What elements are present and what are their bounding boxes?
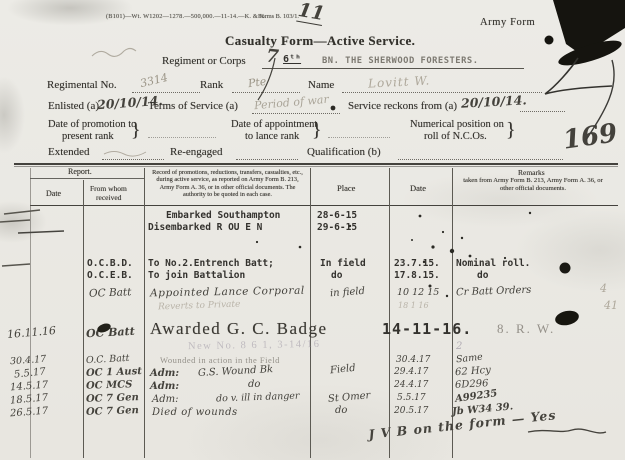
table-row-from: OC Batt <box>89 286 132 299</box>
table-row-record: To No.2.Entrench Batt; <box>148 258 274 269</box>
table-line-place-date <box>389 168 390 458</box>
table-row-date: 20.5.17 <box>394 406 428 416</box>
ink-blot <box>560 263 571 274</box>
table-row-record: Embarked Southampton <box>166 210 280 221</box>
qualification-blank <box>398 158 563 160</box>
table-row-place: Field <box>329 363 356 377</box>
pen-stroke <box>545 58 612 94</box>
table-row-report-date: 26.5.17 <box>10 406 49 420</box>
reckons-label: Service reckons from (a) <box>348 100 457 112</box>
numerical-label-line1: Numerical position on <box>410 119 504 130</box>
table-row-record: Wounded in action in the Field <box>160 355 280 365</box>
name-label: Name <box>308 79 334 91</box>
table-row-date: 30.4.17 <box>396 355 430 365</box>
table-row-record: Adm: <box>150 368 179 379</box>
table-row-record: Disembarked R OU E N <box>148 222 262 233</box>
table-row-date: 5.5.17 <box>397 393 426 403</box>
table-row-date: 24.4.17 <box>394 380 428 390</box>
margin-dash <box>0 210 40 266</box>
regimental-no-blank <box>132 91 200 93</box>
pencil-scribble <box>104 152 146 157</box>
table-row-date: 29.4.17 <box>394 367 428 377</box>
army-form-label: Army Form <box>480 17 535 28</box>
printer-imprint: (B101)—Wt. W1202—1278.—500,000.—11-14.—K… <box>106 13 266 20</box>
reckons-value: 20/10/14. <box>461 92 527 110</box>
table-row-place: St Omer <box>328 390 371 405</box>
appointment-brace: } <box>312 119 322 142</box>
table-header-rule <box>30 205 618 206</box>
name-value: Lovitt W. <box>368 73 431 90</box>
ink-blot <box>553 0 625 56</box>
ink-blot <box>556 36 624 71</box>
table-row-date: 17.8.15. <box>394 270 440 281</box>
table-row-record2: G.S. Wound Bk <box>198 364 274 379</box>
form-title: Casualty Form—Active Service. <box>225 33 415 49</box>
regimental-no-label: Regimental No. <box>47 79 117 91</box>
margin-note: 41 <box>604 299 618 312</box>
promotion-label-line2: present rank <box>62 131 114 142</box>
table-line-from-record <box>144 168 145 458</box>
promotion-blank <box>148 136 216 138</box>
table-row-record: Adm: <box>150 381 179 392</box>
section-rule-thick <box>14 163 618 165</box>
table-row-report-date: 14.5.17 <box>10 380 49 394</box>
ink-blot <box>545 36 554 45</box>
section-rule-thin <box>14 166 618 167</box>
margin-note: 4 <box>600 282 607 295</box>
table-row-record: Awarded G. C. Badge <box>150 319 328 339</box>
table-row-place: do <box>331 270 342 281</box>
handwritten-battalion-number: 7 <box>265 45 280 67</box>
margin-dash <box>18 231 64 233</box>
table-row-remarks: 62 Hcy <box>455 365 492 378</box>
table-row-record: Adm: <box>152 394 178 405</box>
reengaged-blank <box>236 158 298 160</box>
table-row-record: Died of wounds <box>152 407 238 418</box>
extended-blank <box>102 158 164 160</box>
date-column-header: Date <box>46 189 61 198</box>
pencil-scribble <box>92 49 136 57</box>
table-row-place-date: 29-6-15 <box>317 222 357 233</box>
regimental-no-value: 3314 <box>139 71 169 90</box>
forms-reference: Forms B. 103/1. <box>258 13 299 20</box>
table-row-from: OC Batt <box>86 325 135 341</box>
table-row-remarks: Same <box>455 352 483 366</box>
numerical-label-line2: roll of N.C.Os. <box>424 131 487 142</box>
table-row-place: do <box>335 405 347 416</box>
table-row-record: Reverts to Private <box>158 300 241 313</box>
table-row-remarks: Cr Batt Orders <box>456 285 532 299</box>
date2-column-header: Date <box>410 183 426 193</box>
promotion-brace: } <box>131 119 141 142</box>
table-row-date: 10 12 15 <box>397 287 439 298</box>
table-row-remarks: 2 <box>456 341 462 352</box>
table-row-record: Appointed Lance Corporal <box>150 285 305 300</box>
promotion-label-line1: Date of promotion to <box>48 119 136 130</box>
regiment-blank-line <box>262 67 524 69</box>
table-row-remarks: do <box>477 270 488 281</box>
remarks-column-header-title: Remarks <box>518 168 545 177</box>
table-row-from: O.C. Batt <box>86 353 130 366</box>
table-row-remarks: Nominal roll. <box>456 258 530 269</box>
table-row-report-date: 30.4.17 <box>10 354 47 368</box>
reengaged-label: Re-engaged <box>170 146 223 158</box>
appointment-blank <box>328 136 390 138</box>
from-column-header-line1: From whom <box>90 184 127 193</box>
regiment-label: Regiment or Corps <box>162 55 246 67</box>
reckons-blank <box>520 110 565 112</box>
appointment-label-line1: Date of appointment <box>231 119 317 130</box>
table-row-from: OC MCS <box>86 379 133 392</box>
handwritten-page-number: 11 <box>296 0 326 26</box>
numerical-value: 169 <box>561 118 619 155</box>
extended-label: Extended <box>48 146 90 158</box>
appointment-label-line2: to lance rank <box>245 131 299 142</box>
table-row-record: To join Battalion <box>148 270 245 281</box>
place-column-header: Place <box>337 183 355 193</box>
rank-value: Pte <box>247 75 267 90</box>
from-column-header-line2: received <box>96 193 121 202</box>
terms-label: Terms of Service (a) <box>148 100 238 112</box>
report-subrule <box>30 178 145 179</box>
rank-label: Rank <box>200 79 223 91</box>
table-row-report-date: 5.5.17 <box>14 366 47 380</box>
rank-blank <box>232 91 300 93</box>
typed-battalion: 6ᵗʰ <box>283 54 301 65</box>
table-row-report-date: 18.5.17 <box>10 392 49 406</box>
table-row-from: O.C.B.D. <box>87 258 133 269</box>
terms-blank <box>252 112 340 114</box>
table-row-date: 18 1 16 <box>398 301 429 310</box>
table-row-report-date: 16.11.16 <box>7 324 57 341</box>
report-column-header: Report. <box>68 167 92 176</box>
ink-blot <box>554 309 580 328</box>
table-line-record-place <box>310 168 311 458</box>
table-row-date: 14-11-16. <box>382 320 472 338</box>
remarks-column-header-text: taken from Army Form B. 213, Army Form A… <box>457 177 609 192</box>
table-row-stamp: 8. R. W. <box>497 321 555 337</box>
table-row-from: OC 7 Gen <box>86 405 139 418</box>
numerical-brace: } <box>506 119 516 142</box>
table-row-place: in field <box>330 286 366 299</box>
table-row-from: OC 1 Aust <box>86 366 142 379</box>
table-row-stamp: New No. 8 6 1, 3-14/16 <box>188 339 321 352</box>
table-line-date-from <box>83 180 84 458</box>
enlisted-label: Enlisted (a) <box>48 100 99 112</box>
terms-value: Period of war <box>254 93 330 112</box>
typed-regiment-name: BN. THE SHERWOOD FORESTERS. <box>322 56 479 66</box>
qualification-label: Qualification (b) <box>307 146 381 158</box>
table-row-record2: do <box>248 379 260 390</box>
table-row-record2: do v. ill in danger <box>216 391 300 405</box>
table-row-place: In field <box>320 258 366 269</box>
casualty-form-page: (B101)—Wt. W1202—1278.—500,000.—11-14.—K… <box>0 0 625 460</box>
table-row-place-date: 28-6-15 <box>317 210 357 221</box>
army-form-suffix: s. <box>596 19 602 30</box>
pen-stroke <box>528 429 606 433</box>
table-row-from: OC 7 Gen <box>86 392 139 405</box>
table-row-date: 23.7.15. <box>394 258 440 269</box>
record-column-header: Record of promotions, reductions, transf… <box>150 169 305 198</box>
table-row-from: O.C.E.B. <box>87 270 133 281</box>
